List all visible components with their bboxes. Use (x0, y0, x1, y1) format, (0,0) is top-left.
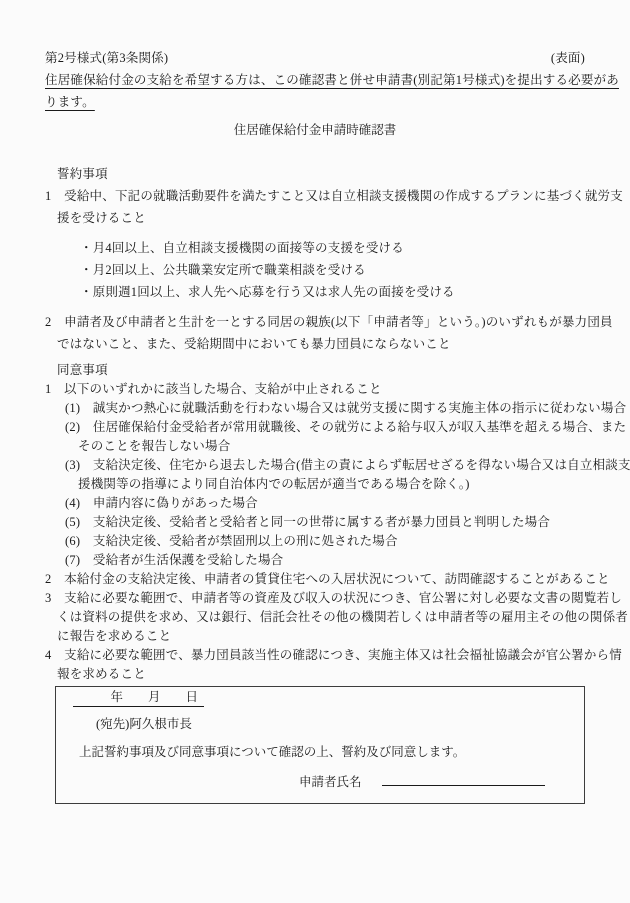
document-page: 第2号様式(第3条関係) (表面) 住居確保給付金の支給を希望する方は、この確認… (0, 0, 630, 903)
applicant-name-row: 申請者氏名 (299, 771, 584, 791)
consent-item-3-line-2: くは資料の提供を求め、又は銀行、信託会社その他の機関若しくは申請者等の雇用主その… (45, 608, 585, 627)
pledge-bullet-1: ・月4回以上、自立相談支援機関の面接等の支援を受ける (45, 237, 585, 259)
notice-line-1: 住居確保給付金の支給を希望する方は、この確認書と併せ申請書(別記第1号様式)を提… (45, 69, 585, 91)
notice-line-2: ります。 (45, 91, 585, 113)
consent-subitem-3-line-2: 援機関等の指導により同自治体内での転居が適当である場合を除く。) (45, 475, 585, 494)
consent-item-1: 1 以下のいずれかに該当した場合、支給が中止されること (45, 380, 585, 399)
pledge-item-2-line-1: 2 申請者及び申請者と生計を一とする同居の親族(以下「申請者等」という。)のいず… (45, 311, 585, 333)
consent-subitem-1: (1) 誠実かつ熱心に就職活動を行わない場合又は就労支援に関する実施主体の指示に… (45, 399, 585, 418)
date-fill-in-blank[interactable]: 年 月 日 (73, 689, 204, 707)
applicant-name-label: 申請者氏名 (299, 775, 362, 789)
consent-item-4-line-1: 4 支給に必要な範囲で、暴力団員該当性の確認につき、実施主体又は社会福祉協議会が… (45, 646, 585, 665)
consent-section: 同意事項 1 以下のいずれかに該当した場合、支給が中止されること (1) 誠実か… (45, 361, 585, 684)
applicant-name-fill-in-blank[interactable] (382, 771, 545, 786)
consent-heading: 同意事項 (45, 361, 585, 380)
consent-subitem-5: (5) 支給決定後、受給者と受給者と同一の世帯に属する者が暴力団員と判明した場合 (45, 513, 585, 532)
date-field-row: 年 月 日 (73, 689, 584, 707)
side-label: (表面) (551, 47, 585, 69)
pledge-heading: 誓約事項 (45, 163, 585, 185)
pledge-section: 誓約事項 1 受給中、下記の就職活動要件を満たすこと又は自立相談支援機関の作成す… (45, 163, 585, 355)
consent-subitem-3-line-1: (3) 支給決定後、住宅から退去した場合(借主の責によらず転居せざるを得ない場合… (45, 456, 585, 475)
pledge-bullet-2: ・月2回以上、公共職業安定所で職業相談を受ける (45, 259, 585, 281)
signature-box: 年 月 日 (宛先)阿久根市長 上記誓約事項及び同意事項について確認の上、誓約及… (55, 686, 585, 804)
consent-item-4-line-2: 報を求めること (45, 665, 585, 684)
consent-item-3-line-1: 3 支給に必要な範囲で、申請者等の資産及び収入の状況につき、官公署に対し必要な文… (45, 589, 585, 608)
pledge-item-2-line-2: ではないこと、また、受給期間中においても暴力団員にならないこと (45, 333, 585, 355)
consent-subitem-4: (4) 申請内容に偽りがあった場合 (45, 494, 585, 513)
consent-item-2: 2 本給付金の支給決定後、申請者の賃貸住宅への入居状況について、訪問確認すること… (45, 570, 585, 589)
consent-subitem-6: (6) 支給決定後、受給者が禁固刑以上の刑に処された場合 (45, 532, 585, 551)
consent-item-3-line-3: に報告を求めること (45, 627, 585, 646)
consent-subitem-2-line-2: そのことを報告しない場合 (45, 437, 585, 456)
pledge-bullet-3: ・原則週1回以上、求人先へ応募を行う又は求人先の面接を受ける (45, 281, 585, 303)
form-number: 第2号様式(第3条関係) (45, 47, 168, 69)
document-header: 第2号様式(第3条関係) (表面) (45, 47, 585, 69)
pledge-item-1-line-2: 援を受けること (45, 207, 585, 229)
confirmation-statement: 上記誓約事項及び同意事項について確認の上、誓約及び同意します。 (79, 744, 584, 761)
consent-subitem-2-line-1: (2) 住居確保給付金受給者が常用就職後、その就労による給与収入が収入基準を超え… (45, 418, 585, 437)
addressee: (宛先)阿久根市長 (96, 716, 584, 733)
consent-subitem-7: (7) 受給者が生活保護を受給した場合 (45, 551, 585, 570)
page-title: 住居確保給付金申請時確認書 (45, 119, 585, 141)
pledge-item-1-line-1: 1 受給中、下記の就職活動要件を満たすこと又は自立相談支援機関の作成するプランに… (45, 185, 585, 207)
